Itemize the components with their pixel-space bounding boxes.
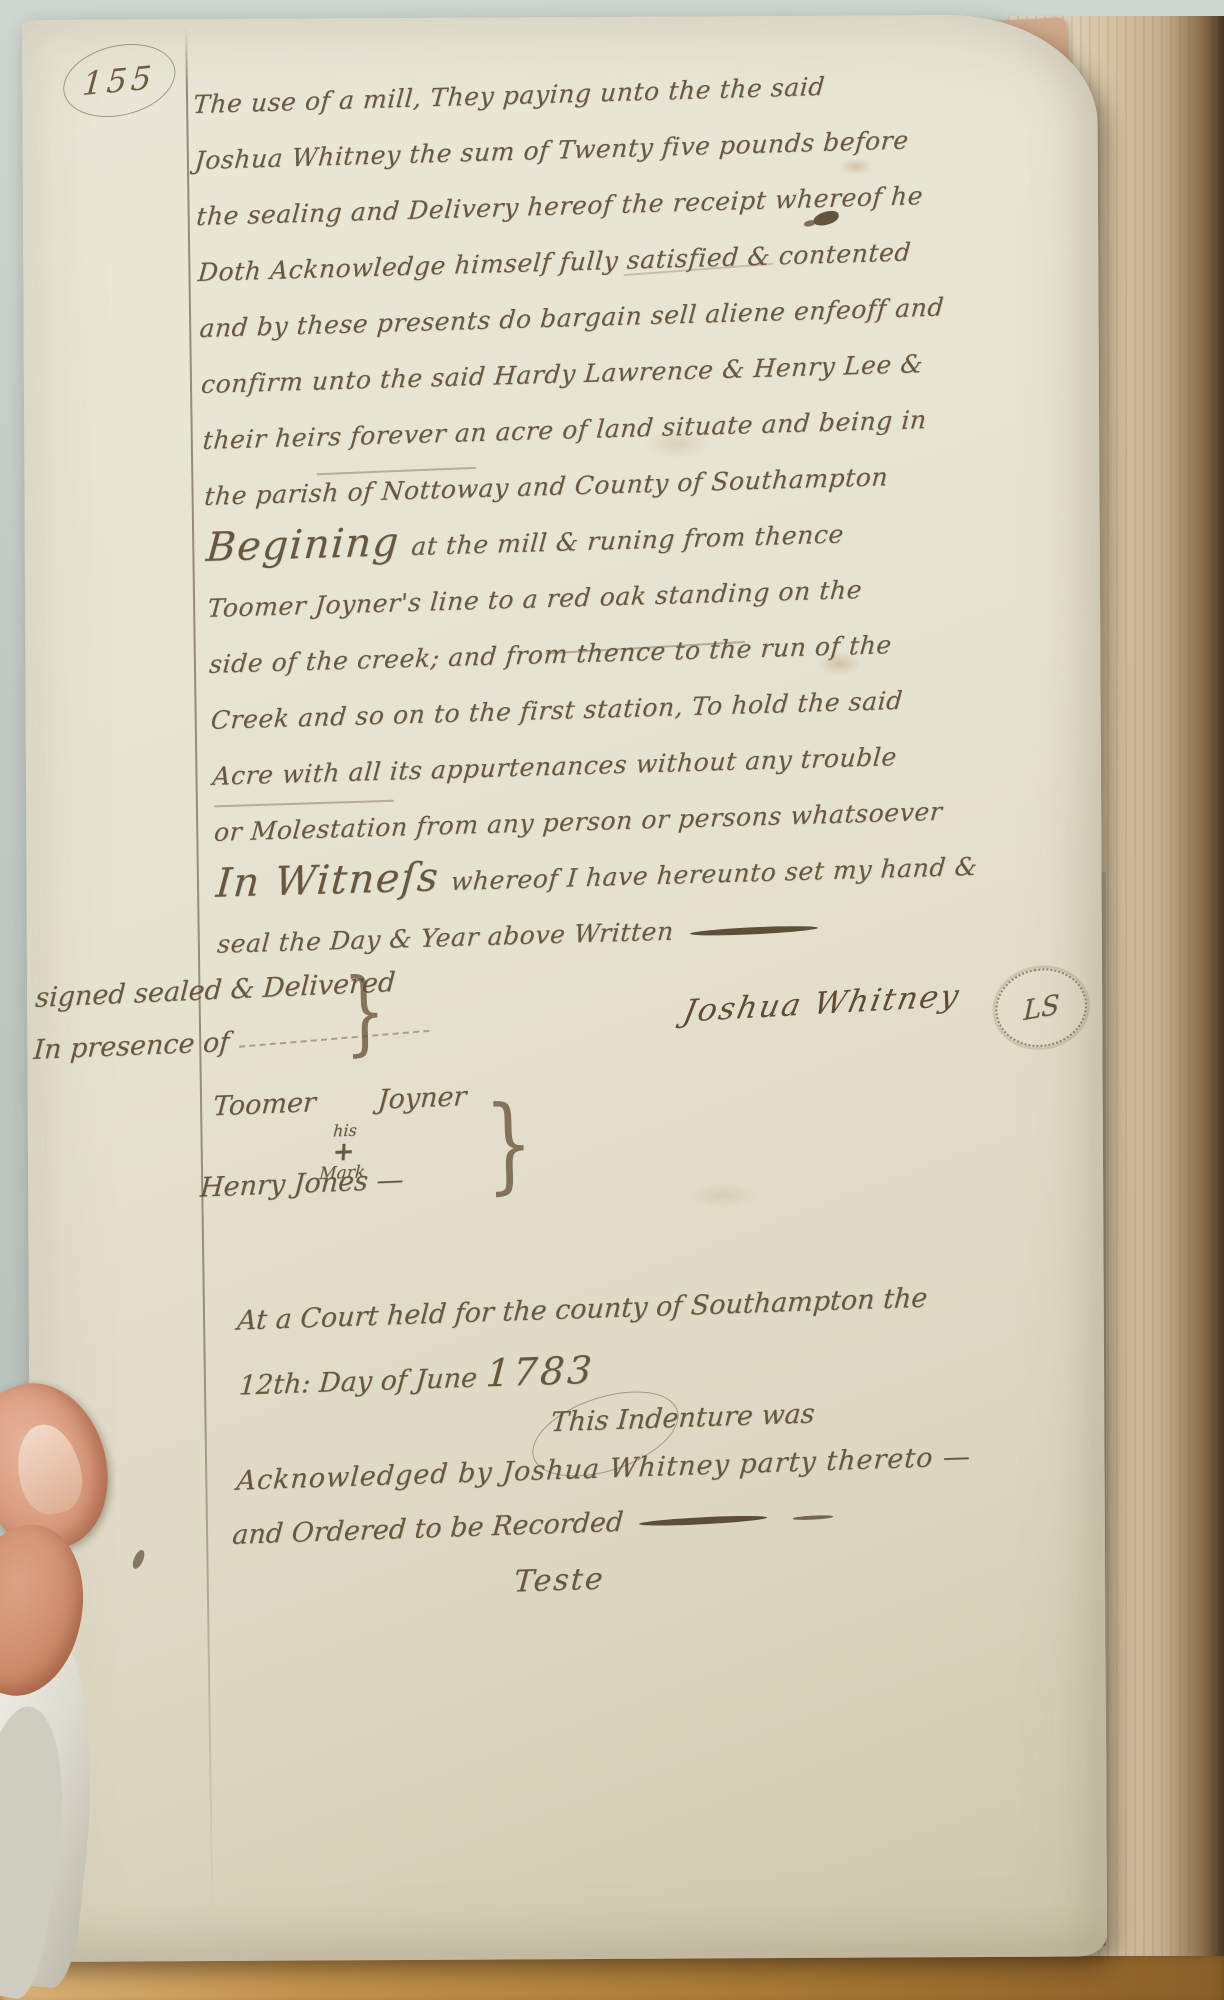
paper-stain [688,1182,758,1208]
line-text: Creek and so on to the first station, To… [210,686,904,735]
line-text: or Molestation from any person or person… [213,797,944,847]
ink-flourish-dash-small [793,1514,833,1520]
court-year: 1783 [484,1348,596,1396]
court-line-5: and Ordered to be Recorded [231,1500,834,1551]
page-number: 155 [81,58,157,103]
court-record-block: At a Court held for the county of Southa… [22,0,1096,20]
manuscript-body: The use of a mill, They paying unto the … [192,53,1047,973]
brace-icon: } [342,965,387,1059]
paper-stain [817,652,861,676]
manuscript-page: 155 The use of a mill, They paying unto … [22,14,1107,1962]
lead-word: In Witneſs [214,854,441,907]
stray-pen-mark [130,1548,146,1570]
court-date-text: 12th: Day of June [238,1363,478,1402]
signature-joshua-whitney: Joshua Whitney [680,978,963,1030]
brace-icon: } [484,1090,535,1196]
lead-word: Begining [205,519,402,571]
teste-label: Teste [513,1561,606,1599]
page-number-circle: 155 [56,33,183,127]
paper-stain [839,158,873,176]
wax-seal-stamp: LS [989,961,1093,1054]
witness1-first-name: Toomer [212,1087,317,1122]
line-text: Acre with all its appurtenances without … [211,742,898,791]
ink-flourish-dash [639,1514,767,1527]
line-text: seal the Day & Year above Written [216,917,675,959]
line-text: their heirs forever an acre of land situ… [202,405,928,455]
line-text: side of the creek; and from thence to th… [208,630,893,679]
line-text: and by these presents do bargain sell al… [198,293,945,344]
line-text: The use of a mill, They paying unto the … [192,72,826,119]
line-text: the parish of Nottoway and County of Sou… [203,462,889,511]
dash-ruler [239,1030,429,1048]
witness1-last-name: Joyner [377,1081,468,1116]
photograph-scene: 155 The use of a mill, They paying unto … [0,0,1224,2000]
line-text: Doth Acknowledge himself fully satisfied… [197,237,912,287]
seal-initials: LS [1023,989,1060,1027]
line-text: whereof I have hereunto set my hand & [450,852,979,896]
witness-mark-cross: + [332,1139,355,1166]
paper-stain [644,428,710,458]
line-text: Toomer Joyner's line to a red oak standi… [207,575,864,623]
line-text: confirm unto the said Hardy Lawrence & H… [200,349,924,399]
line-text: Joshua Whitney the sum of Twenty five po… [194,125,910,175]
court-line-1: At a Court held for the county of Southa… [236,1283,928,1337]
court-recorded-text: and Ordered to be Recorded [231,1507,624,1551]
court-line-2: 12th: Day of June 1783 [238,1348,597,1404]
ink-flourish-dash [689,924,818,937]
line-text: at the mill & runing from thence [410,519,845,561]
